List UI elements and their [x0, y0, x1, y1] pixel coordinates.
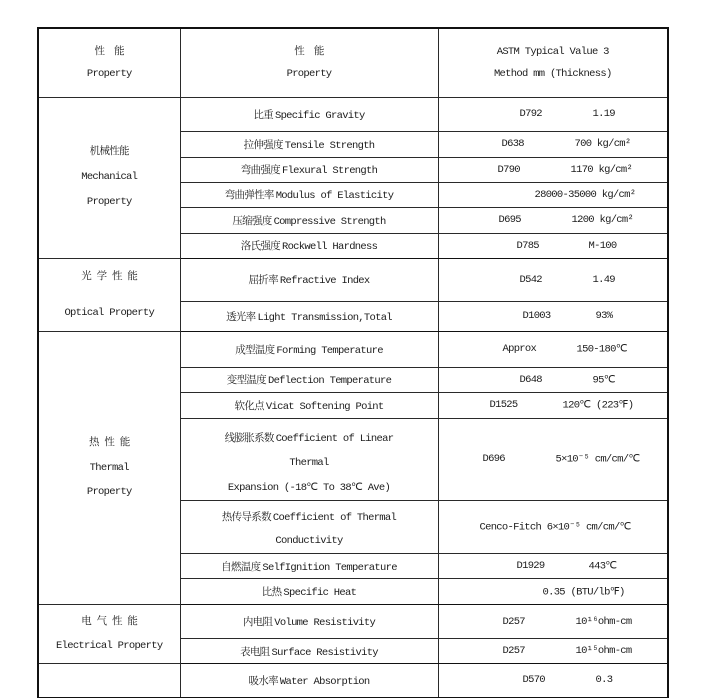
table-row: 机械性能 Mechanical Property 比重Specific Grav…: [38, 97, 668, 131]
header-row: 性 能 Property 性 能 Property ASTM Typical V…: [38, 28, 668, 97]
property-en: Deflection Temperature: [268, 375, 391, 387]
header-property-en: Property: [181, 63, 438, 85]
typical-value: 93%: [596, 310, 613, 322]
property-zh: 表电阻: [240, 647, 269, 659]
method-code: D257: [503, 616, 525, 628]
value-cell: D1525120℃ (223℉): [438, 392, 668, 418]
property-zh: 成型温度: [235, 345, 274, 357]
group-label-zh: 光 学 性 能: [39, 259, 180, 295]
method-code: D1003: [523, 310, 551, 322]
table-row: 光 学 性 能 Optical Property 屈折率Refractive I…: [38, 258, 668, 301]
property-cell: 压缩强度Compressive Strength: [180, 207, 438, 233]
property-line: Expansion (-18℃ To 38℃ Ave): [181, 476, 438, 501]
group-label-zh: 电 气 性 能: [39, 610, 180, 634]
property-cell: 热传导系数Coefficient of Thermal Conductivity: [180, 501, 438, 554]
value-cell: D100393%: [438, 301, 668, 331]
property-cell: 表电阻Surface Resistivity: [180, 639, 438, 664]
property-en: Volume Resistivity: [274, 617, 375, 629]
property-cell: 内电阻Volume Resistivity: [180, 605, 438, 639]
value-cell: D6965×10⁻⁵ cm/cm/℃: [438, 418, 668, 501]
property-zh: 变型温度: [227, 375, 266, 387]
property-zh: 软化点: [234, 401, 263, 413]
method-code: D638: [502, 138, 524, 150]
method-code: D542: [520, 274, 542, 286]
property-line: Conductivity: [181, 530, 438, 553]
property-en: Rockwell Hardness: [282, 241, 377, 253]
properties-table: 性 能 Property 性 能 Property ASTM Typical V…: [37, 27, 669, 698]
property-en: Refractive Index: [280, 275, 370, 287]
group-label-en: Thermal: [39, 456, 180, 481]
typical-value: 10¹⁶ohm-cm: [576, 616, 632, 628]
header-category-en: Property: [39, 63, 180, 85]
typical-value: 0.3: [596, 674, 613, 686]
typical-value: 443℃: [589, 560, 617, 573]
property-zh: 弯曲弹性率: [225, 190, 274, 202]
property-zh: 比重: [253, 110, 273, 122]
method-code: D696: [483, 453, 505, 465]
value-cell: D5700.3: [438, 664, 668, 698]
group-thermal: 热 性 能 Thermal Property: [38, 331, 180, 605]
property-en: Light Transmission,Total: [257, 312, 391, 324]
method-code: D1929: [517, 560, 545, 572]
property-zh: 拉伸强度: [244, 140, 283, 152]
header-category-zh: 性 能: [39, 41, 180, 63]
group-label-en: Electrical Property: [39, 634, 180, 658]
property-en: Coefficient of Thermal: [273, 512, 396, 524]
property-en: Surface Resistivity: [271, 647, 377, 659]
property-cell: 透光率Light Transmission,Total: [180, 301, 438, 331]
table-row: 电 气 性 能 Electrical Property 内电阻Volume Re…: [38, 605, 668, 639]
group-mechanical: 机械性能 Mechanical Property: [38, 97, 180, 258]
method-code: Approx: [503, 343, 537, 355]
value-cell: D7921.19: [438, 97, 668, 131]
group-label-zh: 热 性 能: [39, 431, 180, 456]
value-cell: D7901170 kg/cm²: [438, 157, 668, 182]
typical-value: 1.49: [593, 274, 615, 286]
property-en: Modulus of Elasticity: [276, 190, 394, 202]
property-en: Flexural Strength: [282, 165, 377, 177]
property-cell: 弯曲强度Flexural Strength: [180, 157, 438, 182]
typical-value: 1.19: [593, 108, 615, 120]
method-code: D790: [498, 164, 520, 176]
property-cell: 吸水率Water Absorption: [180, 664, 438, 698]
header-astm-line2: Method mm (Thickness): [439, 63, 668, 85]
value-cell: 28000-35000 kg/cm²: [438, 182, 668, 207]
property-zh: 压缩强度: [232, 216, 271, 228]
property-line: Thermal: [181, 451, 438, 476]
header-property: 性 能 Property: [180, 28, 438, 97]
header-astm-line1: ASTM Typical Value 3: [439, 41, 668, 63]
property-zh: 弯曲强度: [241, 165, 280, 177]
property-zh: 屈折率: [248, 275, 277, 287]
value-cell: Approx150-180℃: [438, 331, 668, 367]
typical-value: 1170 kg/cm²: [571, 164, 633, 176]
group-label-en: Property: [39, 480, 180, 505]
value-cell: Cenco-Fitch 6×10⁻⁵ cm/cm/℃: [438, 501, 668, 554]
property-cell: 屈折率Refractive Index: [180, 258, 438, 301]
property-en: Coefficient of Linear: [276, 433, 394, 445]
value-cell: D785M-100: [438, 233, 668, 258]
property-cell: 拉伸强度Tensile Strength: [180, 131, 438, 157]
value-cell: D25710¹⁵ohm-cm: [438, 639, 668, 664]
property-line: 热传导系数Coefficient of Thermal: [181, 507, 438, 530]
header-property-zh: 性 能: [181, 41, 438, 63]
method-code: D648: [520, 374, 542, 386]
property-zh: 洛氏强度: [241, 241, 280, 253]
property-zh: 线膨胀系数: [225, 433, 274, 445]
property-en: Tensile Strength: [285, 140, 375, 152]
property-cell: 线膨胀系数Coefficient of Linear Thermal Expan…: [180, 418, 438, 501]
property-cell: 变型温度Deflection Temperature: [180, 367, 438, 392]
method-code: D570: [523, 674, 545, 686]
table-row: 吸水率Water Absorption D5700.3: [38, 664, 668, 698]
value-cell: D64895℃: [438, 367, 668, 392]
property-en: Specific Heat: [283, 587, 356, 599]
typical-value: 28000-35000 kg/cm²: [535, 189, 636, 201]
value-cell: D638700 kg/cm²: [438, 131, 668, 157]
value-cell: D6951200 kg/cm²: [438, 207, 668, 233]
header-category: 性 能 Property: [38, 28, 180, 97]
method-code: D785: [517, 240, 539, 252]
typical-value: 700 kg/cm²: [575, 138, 631, 150]
property-cell: 弯曲弹性率Modulus of Elasticity: [180, 182, 438, 207]
typical-value: 150-180℃: [577, 343, 627, 356]
group-label-zh: 机械性能: [39, 140, 180, 165]
property-en: Compressive Strength: [274, 216, 386, 228]
property-en: SelfIgnition Temperature: [262, 562, 396, 574]
method-code: D257: [503, 645, 525, 657]
group-other: [38, 664, 180, 698]
property-cell: 软化点Vicat Softening Point: [180, 392, 438, 418]
property-zh: 内电阻: [243, 617, 272, 629]
property-zh: 吸水率: [248, 676, 277, 688]
property-cell: 成型温度Forming Temperature: [180, 331, 438, 367]
typical-value: 10¹⁵ohm-cm: [576, 645, 632, 657]
property-cell: 比重Specific Gravity: [180, 97, 438, 131]
typical-value: 95℃: [593, 373, 615, 386]
property-zh: 比热: [262, 587, 282, 599]
property-en: Water Absorption: [280, 676, 370, 688]
table-row: 热 性 能 Thermal Property 成型温度Forming Tempe…: [38, 331, 668, 367]
group-label-en: Optical Property: [39, 295, 180, 331]
typical-value: 5×10⁻⁵ cm/cm/℃: [556, 453, 640, 466]
method-code: D1525: [490, 399, 518, 411]
property-en: Forming Temperature: [276, 345, 382, 357]
typical-value: 120℃ (223℉): [563, 399, 634, 412]
value-cell: D1929443℃: [438, 554, 668, 579]
method-code: D695: [499, 214, 521, 226]
typical-value: 0.35 (BTU/lb℉): [543, 585, 625, 598]
value-cell: 0.35 (BTU/lb℉): [438, 579, 668, 605]
property-cell: 比热Specific Heat: [180, 579, 438, 605]
property-zh: 热传导系数: [222, 512, 271, 524]
typical-value: M-100: [589, 240, 617, 252]
property-zh: 自燃温度: [221, 562, 260, 574]
property-zh: 透光率: [226, 312, 255, 324]
property-line: 线膨胀系数Coefficient of Linear: [181, 427, 438, 452]
property-cell: 自燃温度SelfIgnition Temperature: [180, 554, 438, 579]
property-en: Specific Gravity: [275, 110, 365, 122]
method-code: D792: [520, 108, 542, 120]
group-optical: 光 学 性 能 Optical Property: [38, 258, 180, 331]
header-astm-value: ASTM Typical Value 3 Method mm (Thicknes…: [438, 28, 668, 97]
property-en: Vicat Softening Point: [266, 401, 384, 413]
value-cell: D25710¹⁶ohm-cm: [438, 605, 668, 639]
typical-value: 1200 kg/cm²: [572, 214, 634, 226]
typical-value: Cenco-Fitch 6×10⁻⁵ cm/cm/℃: [480, 521, 631, 534]
group-label-en: Mechanical: [39, 165, 180, 190]
property-cell: 洛氏强度Rockwell Hardness: [180, 233, 438, 258]
value-cell: D5421.49: [438, 258, 668, 301]
group-electrical: 电 气 性 能 Electrical Property: [38, 605, 180, 664]
group-label-en: Property: [39, 190, 180, 215]
